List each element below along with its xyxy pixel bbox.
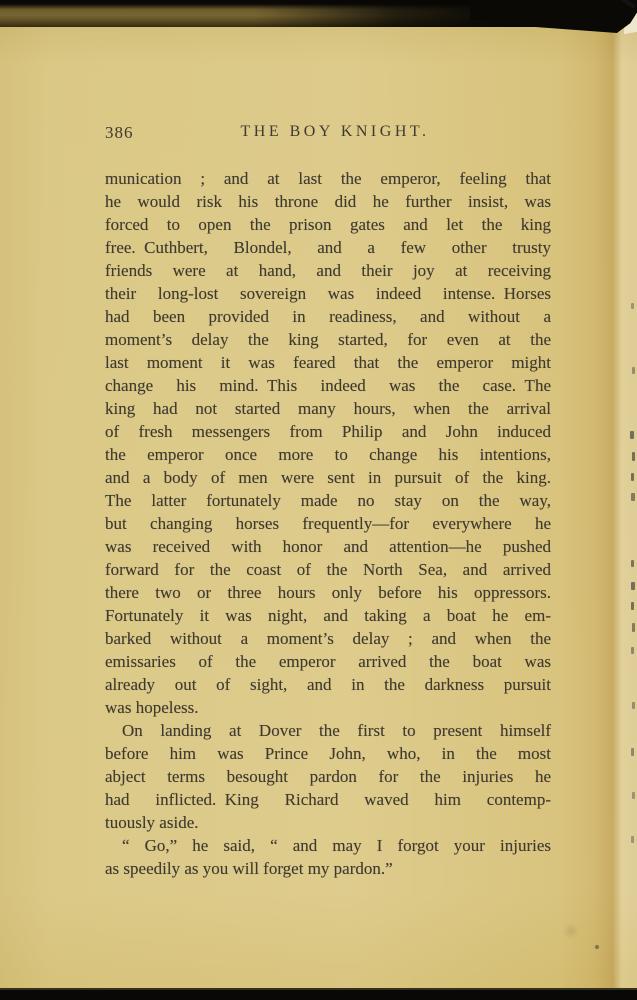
text-line: munication ; and at last the emperor, fe… [105, 167, 551, 190]
text-line: forced to open the prison gates and let … [105, 213, 551, 236]
text-line: of fresh messengers from Philip and John… [105, 420, 551, 443]
text-line: as speedily as you will forget my pardon… [105, 857, 551, 880]
text-line: before him was Prince John, who, in the … [105, 742, 551, 765]
text-line: had inflicted. King Richard waved him co… [105, 788, 551, 811]
text-line: there two or three hours only before his… [105, 581, 551, 604]
text-line: king had not started many hours, when th… [105, 397, 551, 420]
text-line: last moment it was feared that the emper… [105, 351, 551, 374]
text-line: moment’s delay the king started, for eve… [105, 328, 551, 351]
text-line: forward for the coast of the North Sea, … [105, 558, 551, 581]
paper-stain [562, 923, 580, 939]
page-header: 386 THE BOY KNIGHT. [105, 123, 551, 143]
text-line: abject terms besought pardon for the inj… [105, 765, 551, 788]
running-title: THE BOY KNIGHT. [105, 123, 551, 141]
page-number: 386 [105, 123, 134, 143]
text-line: was hopeless. [105, 696, 551, 719]
text-line: “ Go,” he said, “ and may I forgot your … [105, 834, 551, 857]
text-line: the emperor once more to change his inte… [105, 443, 551, 466]
text-line: he would risk his throne did he further … [105, 190, 551, 213]
facing-page-ink-fragments [627, 27, 637, 988]
text-line: barked without a moment’s delay ; and wh… [105, 627, 551, 650]
text-line: free. Cuthbert, Blondel, and a few other… [105, 236, 551, 259]
text-line: friends were at hand, and their joy at r… [105, 259, 551, 282]
book-page: 386 THE BOY KNIGHT. munication ; and at … [0, 27, 637, 990]
text-line: their long-lost sovereign was indeed int… [105, 282, 551, 305]
text-block: munication ; and at last the emperor, fe… [105, 167, 551, 880]
paper-speck [595, 945, 599, 949]
text-line: Fortunately it was night, and taking a b… [105, 604, 551, 627]
text-line: already out of sight, and in the darknes… [105, 673, 551, 696]
text-line: On landing at Dover the first to present… [105, 719, 551, 742]
scanned-book-photo: 386 THE BOY KNIGHT. munication ; and at … [0, 0, 637, 1000]
text-line: had been provided in readiness, and with… [105, 305, 551, 328]
text-line: tuously aside. [105, 811, 551, 834]
text-line: The latter fortunately made no stay on t… [105, 489, 551, 512]
text-line: and a body of men were sent in pursuit o… [105, 466, 551, 489]
text-line: but changing horses frequently—for every… [105, 512, 551, 535]
text-line: change his mind. This indeed was the cas… [105, 374, 551, 397]
text-line: emissaries of the emperor arrived the bo… [105, 650, 551, 673]
text-line: was received with honor and attention—he… [105, 535, 551, 558]
